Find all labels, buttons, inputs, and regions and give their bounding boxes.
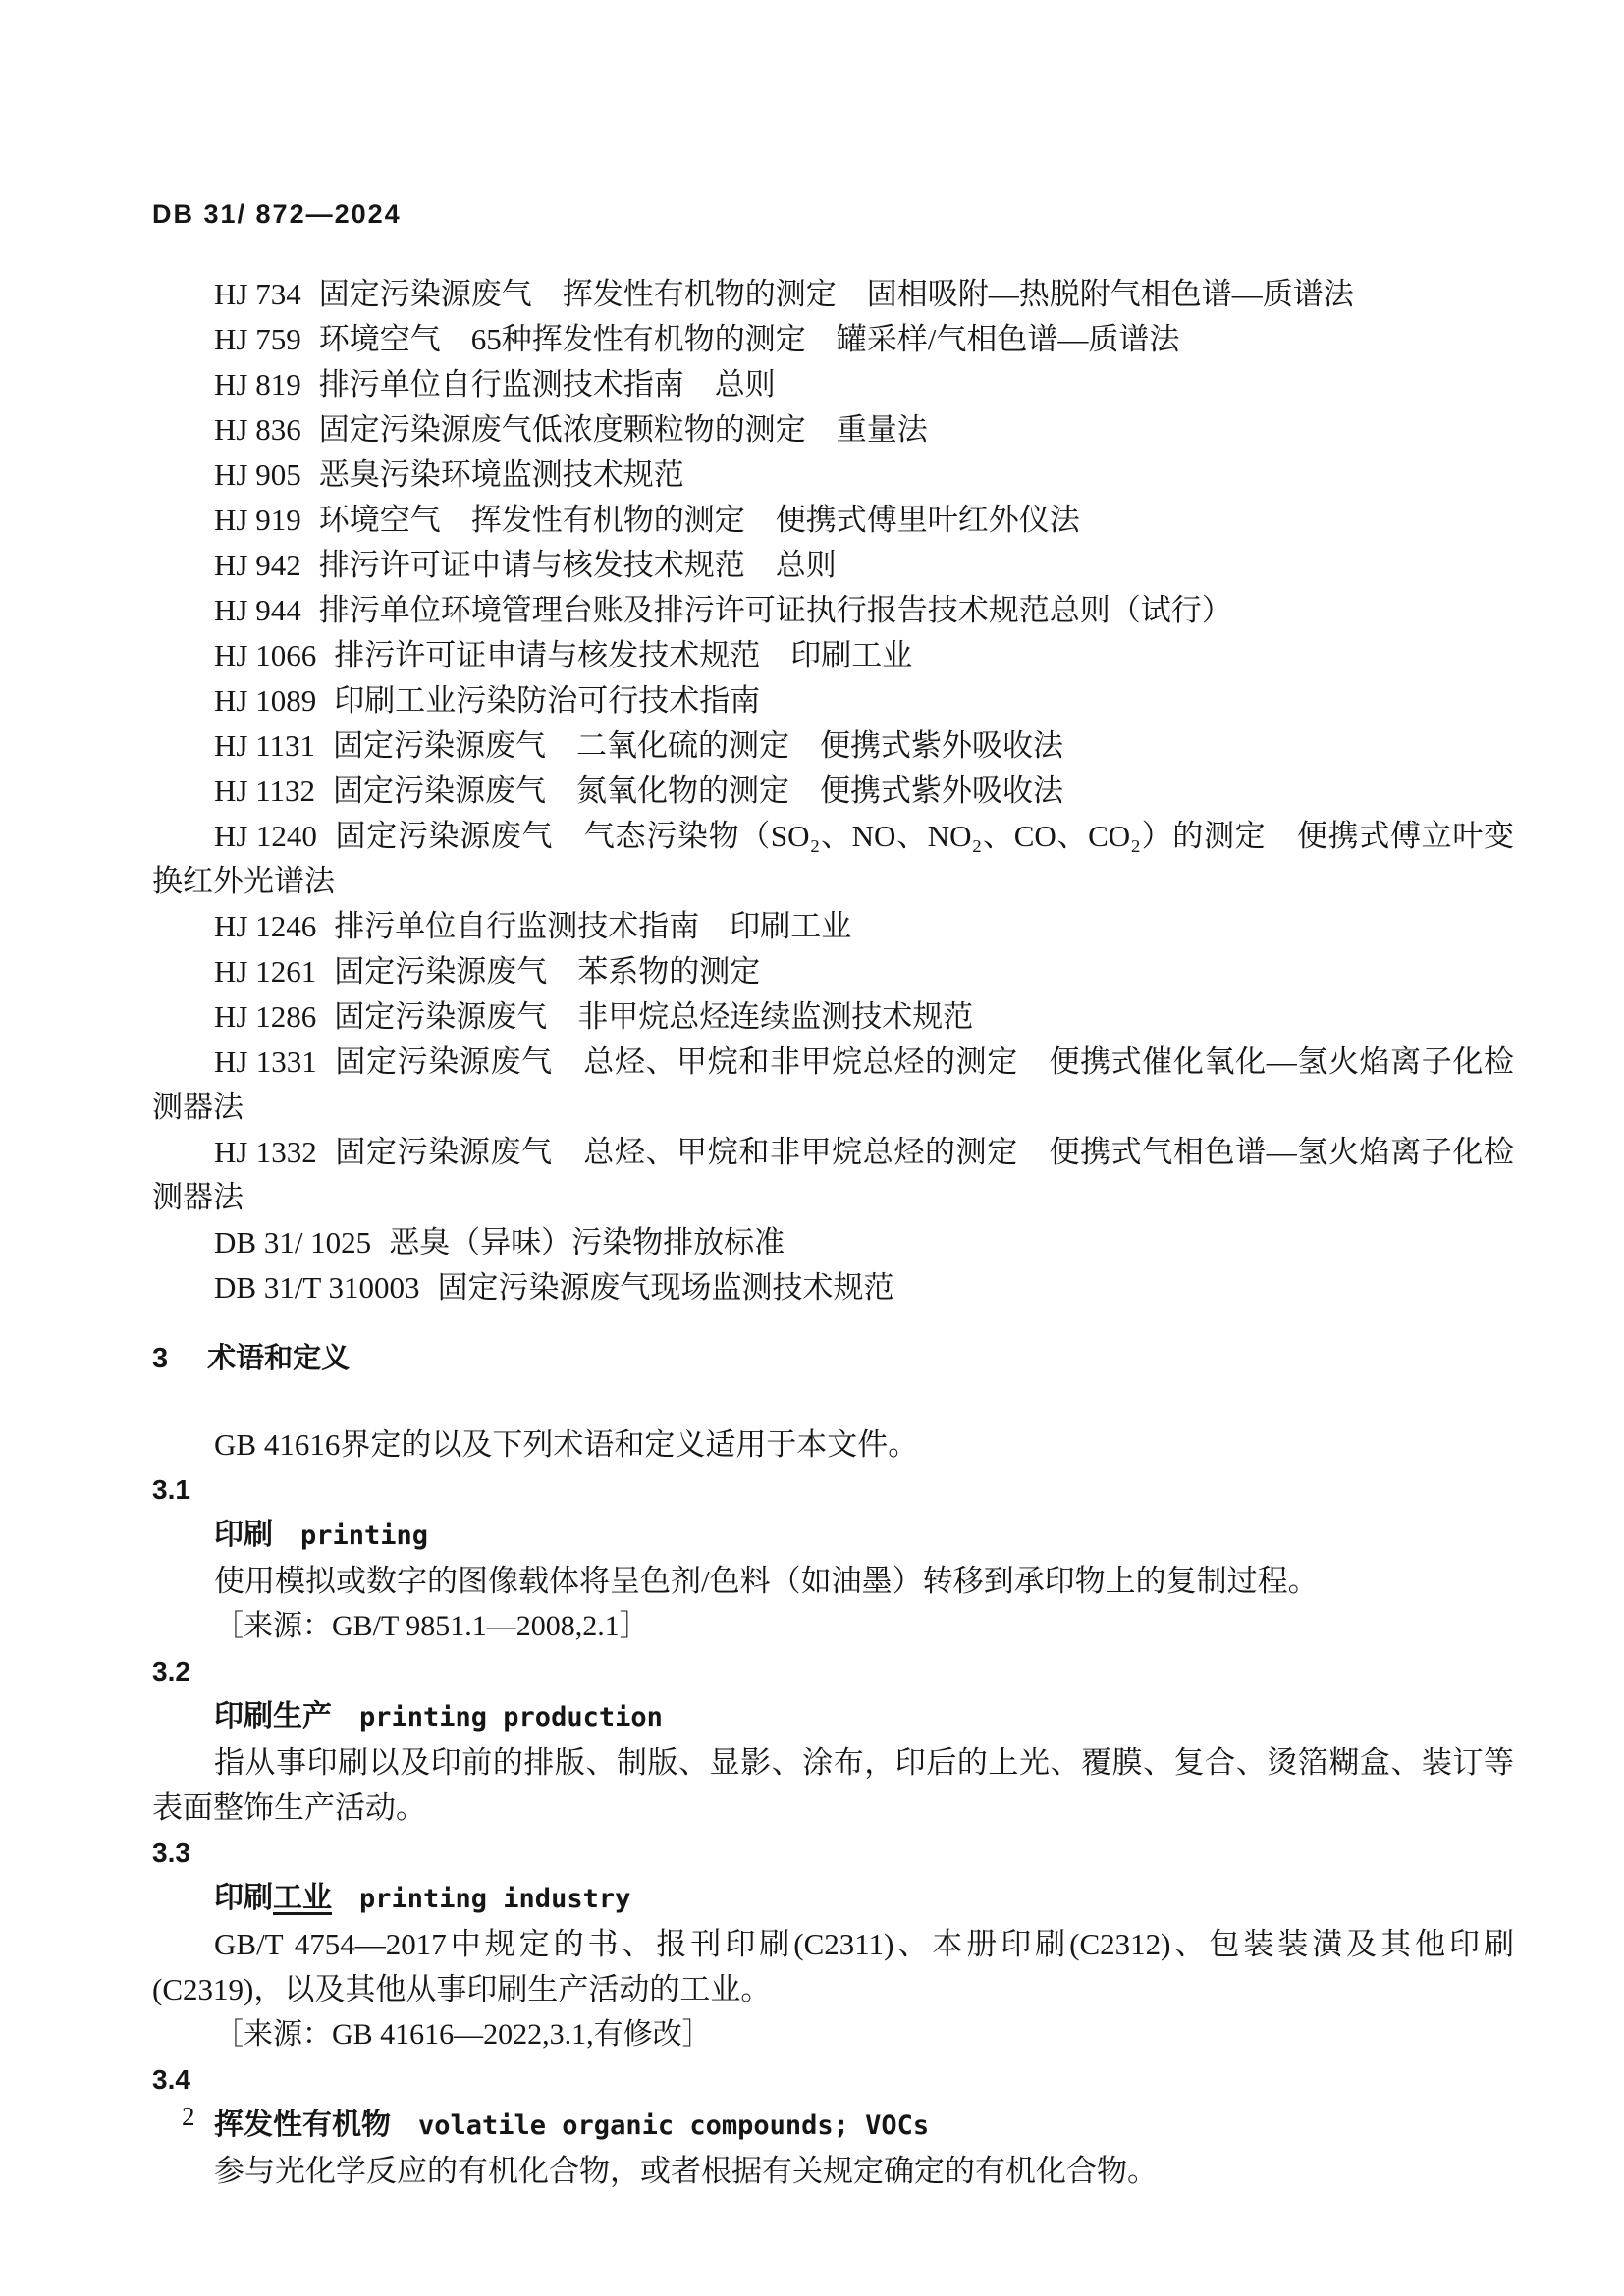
section-intro: GB 41616界定的以及下列术语和定义适用于本文件。: [152, 1422, 1514, 1468]
reference-title: 恶臭污染环境监测技术规范: [319, 457, 684, 492]
reference-title: 固定污染源废气 氮氧化物的测定 便携式紫外吸收法: [333, 774, 1063, 808]
reference-item: HJ 944排污单位环境管理台账及排污许可证执行报告技术规范总则（试行）: [152, 588, 1514, 633]
reference-item: DB 31/ 1025恶臭（异味）污染物排放标准: [152, 1220, 1514, 1265]
reference-code: HJ 734: [214, 277, 301, 311]
reference-item: HJ 1286固定污染源废气 非甲烷总烃连续监测技术规范: [152, 994, 1514, 1040]
section-title: 术语和定义: [207, 1343, 350, 1374]
reference-code: HJ 944: [214, 593, 301, 627]
reference-title: 恶臭（异味）污染物排放标准: [389, 1225, 785, 1259]
term-source: ［来源：GB/T 9851.1—2008,2.1］: [152, 1604, 1514, 1649]
term-en: volatile organic compounds; VOCs: [418, 2110, 929, 2141]
reference-item: HJ 759环境空气 65种挥发性有机物的测定 罐采样/气相色谱—质谱法: [152, 317, 1514, 362]
clause-number: 3.2: [152, 1649, 1514, 1694]
reference-item: HJ 1332固定污染源废气 总烃、甲烷和非甲烷总烃的测定 便携式气相色谱—氢火…: [152, 1130, 1514, 1220]
page-content: DB 31/ 872—2024 HJ 734固定污染源废气 挥发性有机物的测定 …: [152, 199, 1514, 2194]
term-definition: 指从事印刷以及印前的排版、制版、显影、涂布，印后的上光、覆膜、复合、烫箔糊盒、装…: [152, 1740, 1514, 1831]
term-cn-underlined: 工业: [273, 1882, 332, 1914]
reference-title: 排污单位自行监测技术指南 总则: [319, 367, 776, 401]
reference-code: HJ 1332: [214, 1135, 317, 1169]
reference-code: HJ 1132: [214, 774, 315, 808]
clause-number: 3.1: [152, 1468, 1514, 1513]
reference-item: DB 31/T 310003固定污染源废气现场监测技术规范: [152, 1265, 1514, 1310]
term-block-3-1: 3.1 印刷printing 使用模拟或数字的图像载体将呈色剂/色料（如油墨）转…: [152, 1468, 1514, 1649]
term-definition: GB/T 4754—2017中规定的书、报刊印刷(C2311)、本册印刷(C23…: [152, 1922, 1514, 2012]
term-cn: 印刷: [214, 1519, 273, 1551]
reference-item: HJ 919环境空气 挥发性有机物的测定 便携式傅里叶红外仪法: [152, 498, 1514, 543]
reference-title: 印刷工业污染防治可行技术指南: [334, 683, 760, 718]
term-cn: 印刷: [214, 1882, 273, 1914]
reference-code: HJ 1261: [214, 954, 316, 988]
term-source: ［来源：GB 41616—2022,3.1,有修改］: [152, 2012, 1514, 2057]
reference-title: 固定污染源废气现场监测技术规范: [438, 1270, 894, 1305]
reference-code: HJ 1246: [214, 909, 316, 943]
reference-title: 环境空气 挥发性有机物的测定 便携式傅里叶红外仪法: [319, 503, 1080, 537]
clause-number: 3.4: [152, 2057, 1514, 2103]
reference-code: HJ 1089: [214, 683, 316, 718]
reference-code: DB 31/ 1025: [214, 1225, 371, 1259]
reference-code: HJ 919: [214, 503, 301, 537]
reference-title: 排污许可证申请与核发技术规范 总则: [319, 548, 837, 582]
standard-code-header: DB 31/ 872—2024: [152, 199, 1514, 229]
reference-title: 固定污染源废气 非甲烷总烃连续监测技术规范: [334, 999, 973, 1034]
reference-title: 固定污染源废气 二氧化硫的测定 便携式紫外吸收法: [333, 728, 1063, 763]
reference-code: HJ 1131: [214, 728, 315, 763]
reference-code: DB 31/T 310003: [214, 1270, 420, 1305]
section-number: 3: [152, 1343, 168, 1374]
term-definition: 参与光化学反应的有机化合物，或者根据有关规定确定的有机化合物。: [152, 2149, 1514, 2194]
reference-item: HJ 734固定污染源废气 挥发性有机物的测定 固相吸附—热脱附气相色谱—质谱法: [152, 272, 1514, 317]
reference-code: HJ 1286: [214, 999, 316, 1034]
reference-item: HJ 942排污许可证申请与核发技术规范 总则: [152, 543, 1514, 588]
reference-title: 固定污染源废气低浓度颗粒物的测定 重量法: [319, 412, 928, 447]
document-page: DB 31/ 872—2024 HJ 734固定污染源废气 挥发性有机物的测定 …: [0, 0, 1624, 2296]
term-line: 印刷生产printing production: [152, 1694, 1514, 1740]
reference-title: 排污许可证申请与核发技术规范 印刷工业: [334, 638, 912, 672]
term-line: 印刷printing: [152, 1513, 1514, 1559]
normative-references-list: HJ 734固定污染源废气 挥发性有机物的测定 固相吸附—热脱附气相色谱—质谱法…: [152, 272, 1514, 1310]
term-en: printing: [300, 1521, 428, 1551]
term-block-3-4: 3.4 挥发性有机物volatile organic compounds; VO…: [152, 2057, 1514, 2194]
reference-title: 固定污染源废气 挥发性有机物的测定 固相吸附—热脱附气相色谱—质谱法: [319, 277, 1354, 311]
term-line: 印刷工业printing industry: [152, 1876, 1514, 1922]
term-block-3-3: 3.3 印刷工业printing industry GB/T 4754—2017…: [152, 1831, 1514, 2057]
reference-title: 固定污染源废气 总烃、甲烷和非甲烷总烃的测定 便携式催化氧化—氢火焰离子化检测器…: [152, 1044, 1514, 1124]
term-definition: 使用模拟或数字的图像载体将呈色剂/色料（如油墨）转移到承印物上的复制过程。: [152, 1559, 1514, 1604]
reference-code: HJ 905: [214, 457, 301, 492]
section-heading: 3术语和定义: [152, 1336, 1514, 1381]
reference-title: 环境空气 65种挥发性有机物的测定 罐采样/气相色谱—质谱法: [319, 322, 1180, 356]
reference-item: HJ 819排污单位自行监测技术指南 总则: [152, 362, 1514, 407]
reference-item: HJ 1261固定污染源废气 苯系物的测定: [152, 949, 1514, 994]
reference-item: HJ 1246排污单位自行监测技术指南 印刷工业: [152, 904, 1514, 949]
reference-code: HJ 942: [214, 548, 301, 582]
term-en: printing production: [359, 1702, 663, 1733]
reference-code: HJ 1066: [214, 638, 316, 672]
reference-title: 固定污染源废气 苯系物的测定: [334, 954, 760, 988]
reference-item: HJ 836固定污染源废气低浓度颗粒物的测定 重量法: [152, 407, 1514, 453]
reference-item: HJ 1066排污许可证申请与核发技术规范 印刷工业: [152, 633, 1514, 678]
reference-title: 排污单位环境管理台账及排污许可证执行报告技术规范总则（试行）: [319, 593, 1232, 627]
page-number: 2: [182, 2101, 195, 2132]
reference-item: HJ 1089印刷工业污染防治可行技术指南: [152, 678, 1514, 723]
reference-title: 固定污染源废气 气态污染物（SO₂、NO、NO₂、CO、CO₂）的测定 便携式傅…: [152, 819, 1514, 898]
clause-number: 3.3: [152, 1831, 1514, 1876]
reference-code: HJ 759: [214, 322, 301, 356]
reference-code: HJ 819: [214, 367, 301, 401]
reference-code: HJ 1240: [214, 819, 317, 853]
reference-item: HJ 1240固定污染源废气 气态污染物（SO₂、NO、NO₂、CO、CO₂）的…: [152, 814, 1514, 904]
term-cn: 挥发性有机物: [214, 2109, 391, 2141]
term-line: 挥发性有机物volatile organic compounds; VOCs: [152, 2103, 1514, 2149]
reference-item: HJ 1131固定污染源废气 二氧化硫的测定 便携式紫外吸收法: [152, 723, 1514, 769]
term-cn: 印刷生产: [214, 1700, 332, 1733]
reference-title: 固定污染源废气 总烃、甲烷和非甲烷总烃的测定 便携式气相色谱—氢火焰离子化检测器…: [152, 1135, 1514, 1214]
reference-title: 排污单位自行监测技术指南 印刷工业: [334, 909, 851, 943]
term-block-3-2: 3.2 印刷生产printing production 指从事印刷以及印前的排版…: [152, 1649, 1514, 1831]
reference-item: HJ 905恶臭污染环境监测技术规范: [152, 453, 1514, 498]
reference-item: HJ 1132固定污染源废气 氮氧化物的测定 便携式紫外吸收法: [152, 769, 1514, 814]
reference-item: HJ 1331固定污染源废气 总烃、甲烷和非甲烷总烃的测定 便携式催化氧化—氢火…: [152, 1040, 1514, 1130]
reference-code: HJ 1331: [214, 1044, 317, 1079]
term-en: printing industry: [359, 1884, 630, 1914]
reference-code: HJ 836: [214, 412, 301, 447]
